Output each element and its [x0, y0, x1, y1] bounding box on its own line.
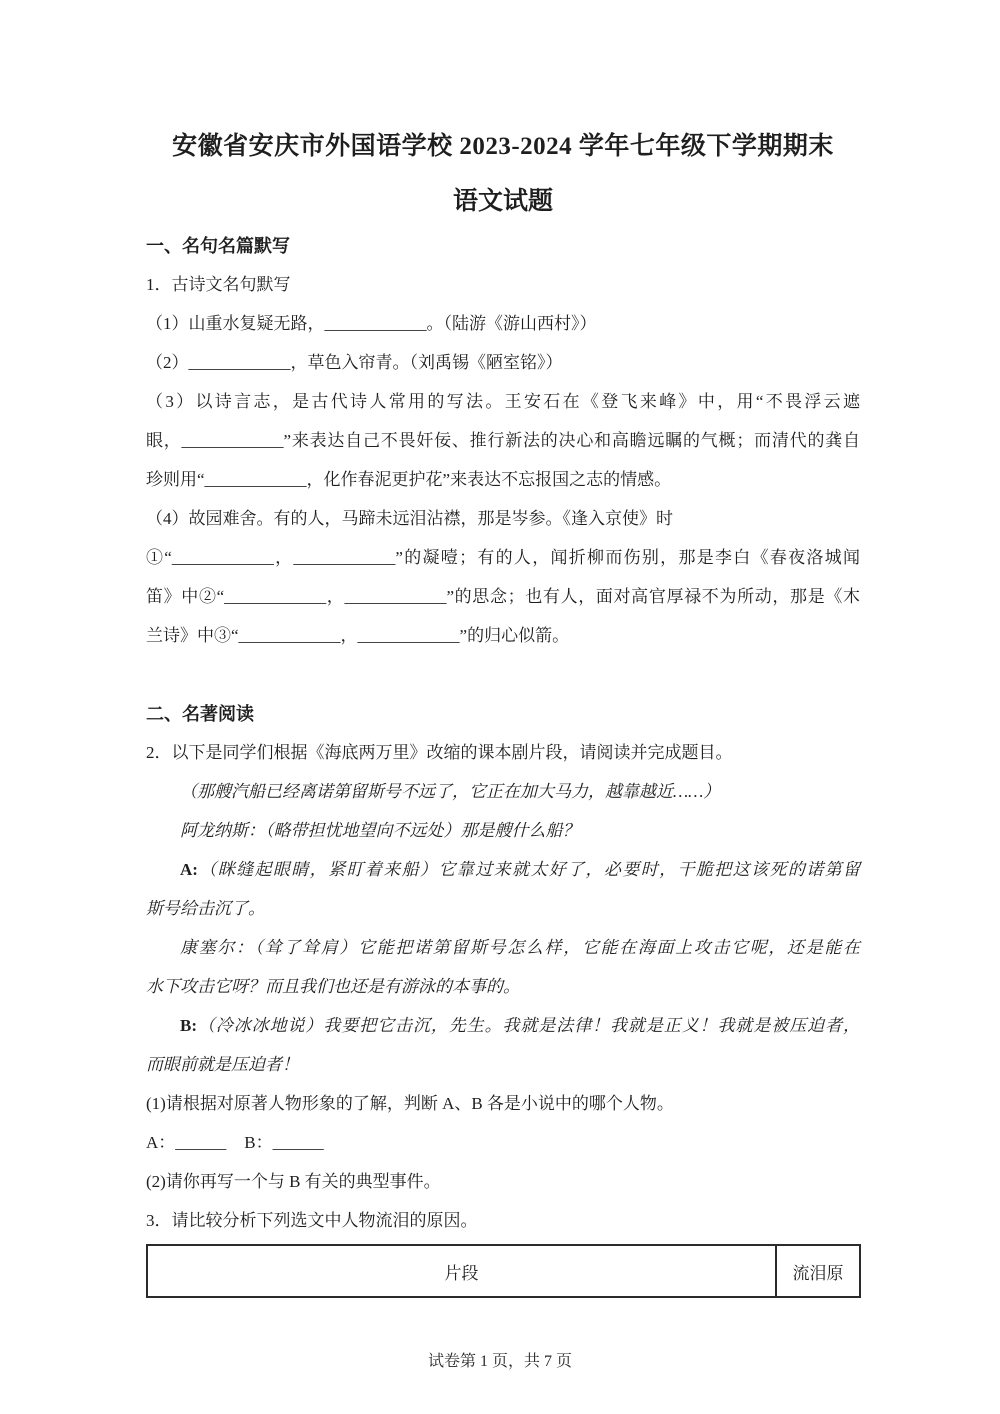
- page-title: 安徽省安庆市外国语学校 2023-2024 学年七年级下学期期末: [146, 130, 860, 163]
- q1-item-4-line-2: ①“____________，____________”的凝噎；有的人，闻折柳而…: [146, 546, 860, 570]
- q1-item-3-line-3: 珍则用“____________，化作春泥更护花”来表达不忘报国之志的情感。: [146, 468, 860, 492]
- script-stage-direction: （那艘汽船已经离诺第留斯号不远了，它正在加大马力，越靠越近……）: [146, 780, 860, 804]
- script-line-b-continued: 而眼前就是压迫者！: [146, 1053, 860, 1077]
- q1-item-1: （1）山重水复疑无路，____________。（陆游《游山西村》）: [146, 312, 860, 336]
- script-line-a-continued: 斯号给击沉了。: [146, 897, 860, 921]
- question-2-answer-line: A：______B：______: [146, 1131, 860, 1155]
- section-1-heading: 一、名句名篇默写: [146, 234, 860, 258]
- page-subtitle: 语文试题: [146, 186, 860, 218]
- script-line-b: B:（冷冰冰地说）我要把它击沉，先生。我就是法律！我就是正义！我就是被压迫者，: [146, 1014, 860, 1038]
- fragment-column-header: 片段: [147, 1245, 776, 1297]
- comparison-table-header-row: 片段 流泪原: [147, 1245, 860, 1297]
- question-2-stem: 2．以下是同学们根据《海底两万里》改缩的课本剧片段，请阅读并完成题目。: [146, 741, 860, 765]
- script-line-a: A:（眯缝起眼睛，紧盯着来船）它靠过来就太好了，必要时，干脆把这该死的诺第留: [146, 858, 860, 882]
- question-2-sub-1: (1)请根据对原著人物形象的了解，判断 A、B 各是小说中的哪个人物。: [146, 1092, 860, 1116]
- tear-reason-column-header: 流泪原: [776, 1245, 860, 1297]
- page-footer: 试卷第 1 页，共 7 页: [0, 1348, 1000, 1371]
- q1-item-4-line-1: （4）故园难舍。有的人，马蹄未远泪沾襟，那是岑参。《逢入京使》时: [146, 507, 860, 531]
- section-2-heading: 二、名著阅读: [146, 702, 860, 726]
- answer-a-label: A：: [146, 1133, 175, 1152]
- question-1-stem: 1．古诗文名句默写: [146, 273, 860, 297]
- script-line-conseil: 康塞尔：（耸了耸肩）它能把诺第留斯号怎么样，它能在海面上攻击它呢，还是能在: [146, 936, 860, 960]
- q1-item-4-line-4: 兰诗》中③“____________，____________”的归心似箭。: [146, 624, 860, 648]
- answer-b-blank: ______: [273, 1133, 324, 1152]
- script-line-aronnax: 阿龙纳斯：（略带担忧地望向不远处）那是艘什么船？: [146, 819, 860, 843]
- answer-b-label: B：: [244, 1133, 272, 1152]
- exam-document: 安徽省安庆市外国语学校 2023-2024 学年七年级下学期期末 语文试题 一、…: [0, 0, 1000, 1298]
- q1-item-2: （2）____________，草色入帘青。（刘禹锡《陋室铭》）: [146, 351, 860, 375]
- q1-item-4-line-3: 笛》中②“____________，____________”的思念；也有人，面…: [146, 585, 860, 609]
- q1-item-3-line-1: （3）以诗言志，是古代诗人常用的写法。王安石在《登飞来峰》中，用“不畏浮云遮: [146, 390, 860, 414]
- question-2-sub-2: (2)请你再写一个与 B 有关的典型事件。: [146, 1170, 860, 1194]
- script-line-conseil-continued: 水下攻击它呀？而且我们也还是有游泳的本事的。: [146, 975, 860, 999]
- q1-item-3-line-2: 眼，____________”来表达自己不畏奸佞、推行新法的决心和高瞻远瞩的气概…: [146, 429, 860, 453]
- speaker-b-label: B:: [180, 1016, 197, 1035]
- comparison-table: 片段 流泪原: [146, 1244, 861, 1298]
- answer-a-blank: ______: [175, 1133, 226, 1152]
- script-line-b-text: （冷冰冰地说）我要把它击沉，先生。我就是法律！我就是正义！我就是被压迫者，: [197, 1016, 860, 1035]
- question-3-stem: 3．请比较分析下列选文中人物流泪的原因。: [146, 1209, 860, 1233]
- speaker-a-label: A:: [180, 860, 198, 879]
- script-line-a-text: （眯缝起眼睛，紧盯着来船）它靠过来就太好了，必要时，干脆把这该死的诺第留: [198, 860, 860, 879]
